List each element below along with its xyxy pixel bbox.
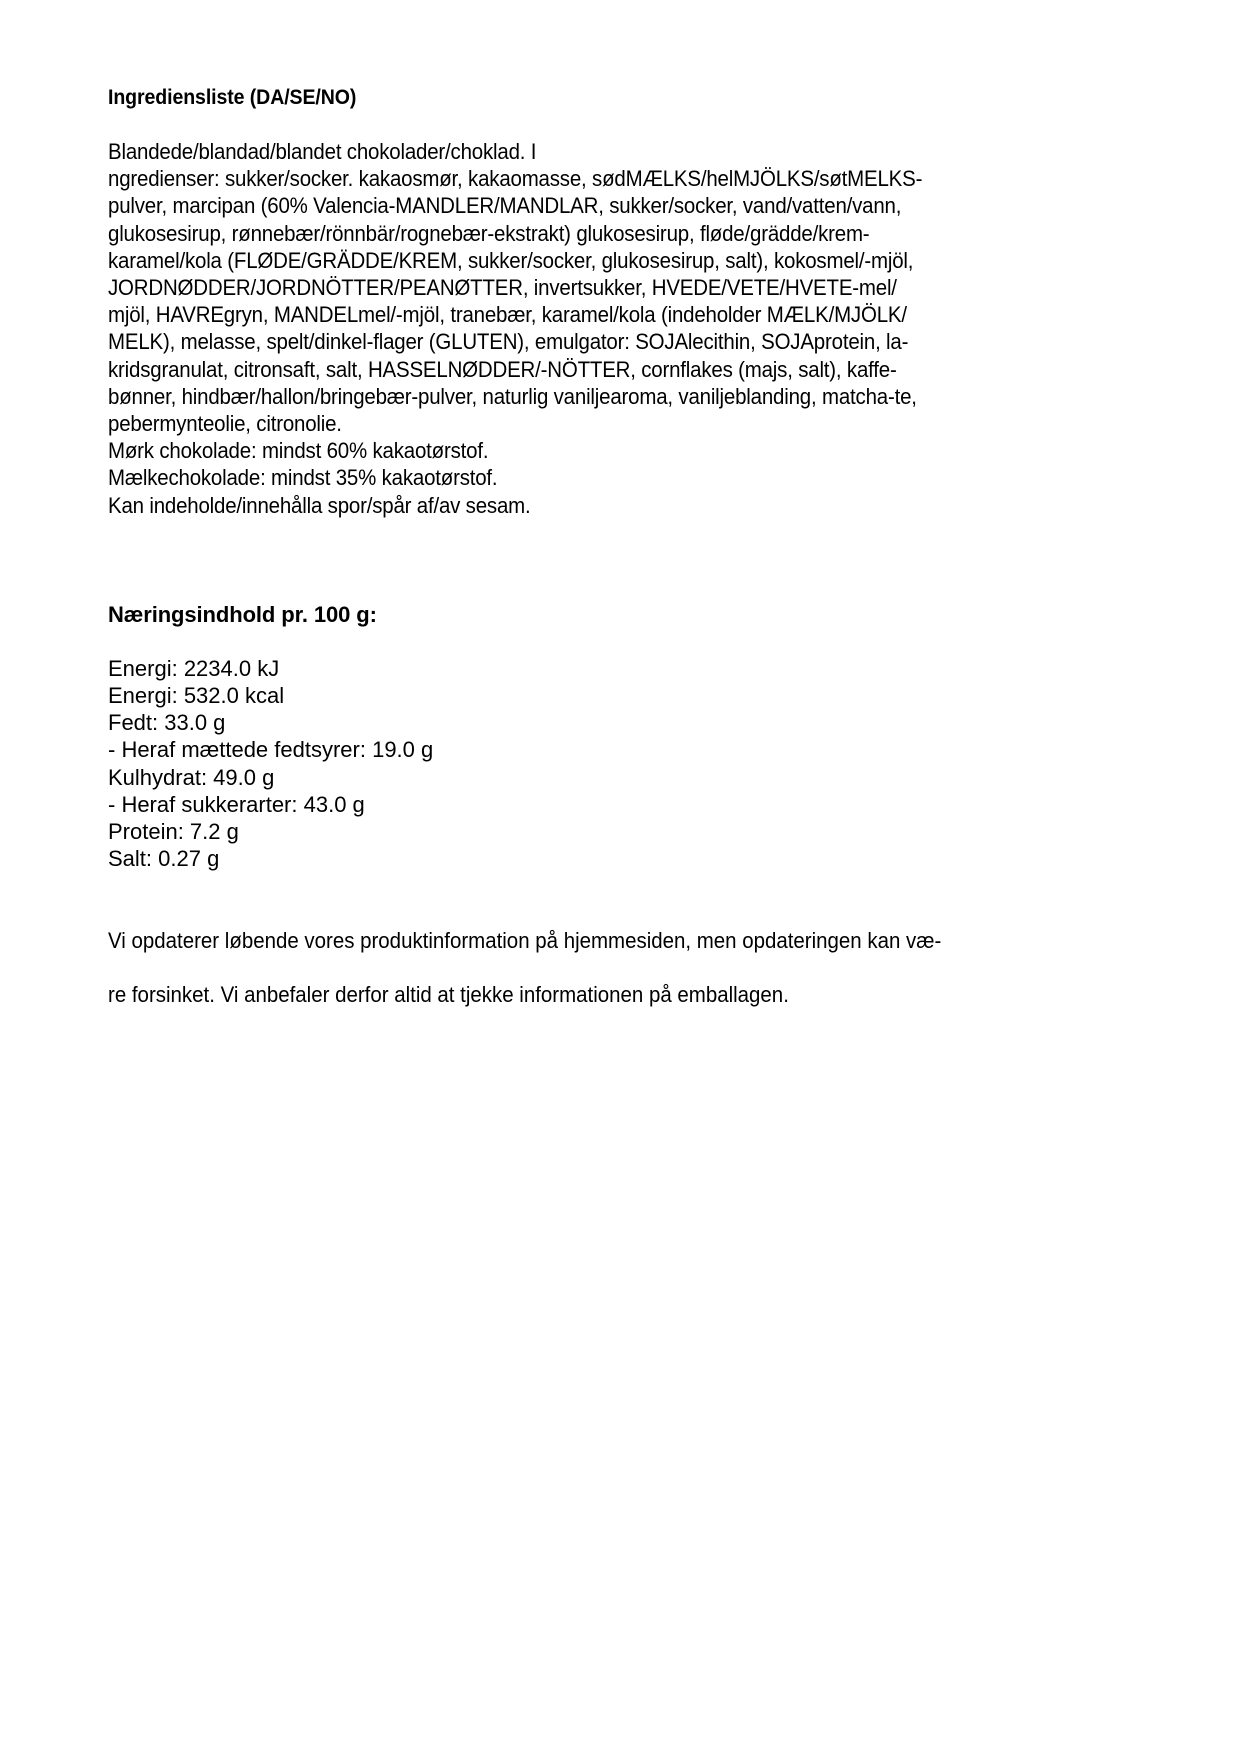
nutrition-list: Energi: 2234.0 kJ Energi: 532.0 kcal Fed…	[108, 655, 1138, 873]
ingredients-line: glukosesirup, rønnebær/rönnbär/rognebær-…	[108, 220, 1138, 247]
ingredients-section: Ingrediensliste (DA/SE/NO) Blandede/blan…	[108, 84, 1138, 519]
allergen-note: Kan indeholde/innehålla spor/spår af/av …	[108, 492, 1138, 519]
ingredients-line: kridsgranulat, citronsaft, salt, HASSELN…	[108, 356, 1138, 383]
ingredients-heading: Ingrediensliste (DA/SE/NO)	[108, 84, 1066, 111]
ingredients-line: MELK), melasse, spelt/dinkel-flager (GLU…	[108, 328, 1138, 355]
ingredients-line: pebermynteolie, citronolie.	[108, 410, 1138, 437]
nutrition-fat: Fedt: 33.0 g	[108, 709, 1138, 736]
nutrition-carbohydrate: Kulhydrat: 49.0 g	[108, 764, 1138, 791]
nutrition-sugars: - Heraf sukkerarter: 43.0 g	[108, 791, 1138, 818]
ingredients-line: karamel/kola (FLØDE/GRÄDDE/KREM, sukker/…	[108, 247, 1138, 274]
ingredients-line: Blandede/blandad/blandet chokolader/chok…	[108, 138, 1138, 165]
nutrition-saturated-fat: - Heraf mættede fedtsyrer: 19.0 g	[108, 736, 1138, 763]
ingredients-text: Blandede/blandad/blandet chokolader/chok…	[108, 138, 1138, 519]
ingredients-line: bønner, hindbær/hallon/bringebær-pulver,…	[108, 383, 1138, 410]
nutrition-energy-kcal: Energi: 532.0 kcal	[108, 682, 1138, 709]
milk-chocolate-note: Mælkechokolade: mindst 35% kakaotørstof.	[108, 464, 1138, 491]
disclaimer-section: Vi opdaterer løbende vores produktinform…	[108, 899, 1138, 1035]
dark-chocolate-note: Mørk chokolade: mindst 60% kakaotørstof.	[108, 437, 1138, 464]
disclaimer-line: Vi opdaterer løbende vores produktinform…	[108, 927, 1138, 954]
ingredients-line: pulver, marcipan (60% Valencia-MANDLER/M…	[108, 192, 1138, 219]
ingredients-line: ngredienser: sukker/socker. kakaosmør, k…	[108, 165, 1138, 192]
nutrition-protein: Protein: 7.2 g	[108, 818, 1138, 845]
disclaimer-text: Vi opdaterer løbende vores produktinform…	[108, 899, 1138, 1035]
nutrition-salt: Salt: 0.27 g	[108, 845, 1138, 872]
document-page: Ingrediensliste (DA/SE/NO) Blandede/blan…	[108, 84, 1138, 1035]
nutrition-energy-kj: Energi: 2234.0 kJ	[108, 655, 1138, 682]
nutrition-heading: Næringsindhold pr. 100 g:	[108, 601, 1138, 628]
ingredients-line: mjöl, HAVREgryn, MANDELmel/-mjöl, traneb…	[108, 301, 1138, 328]
nutrition-section: Næringsindhold pr. 100 g: Energi: 2234.0…	[108, 601, 1138, 873]
ingredients-line: JORDNØDDER/JORDNÖTTER/PEANØTTER, inverts…	[108, 274, 1138, 301]
disclaimer-line: re forsinket. Vi anbefaler derfor altid …	[108, 981, 1138, 1008]
